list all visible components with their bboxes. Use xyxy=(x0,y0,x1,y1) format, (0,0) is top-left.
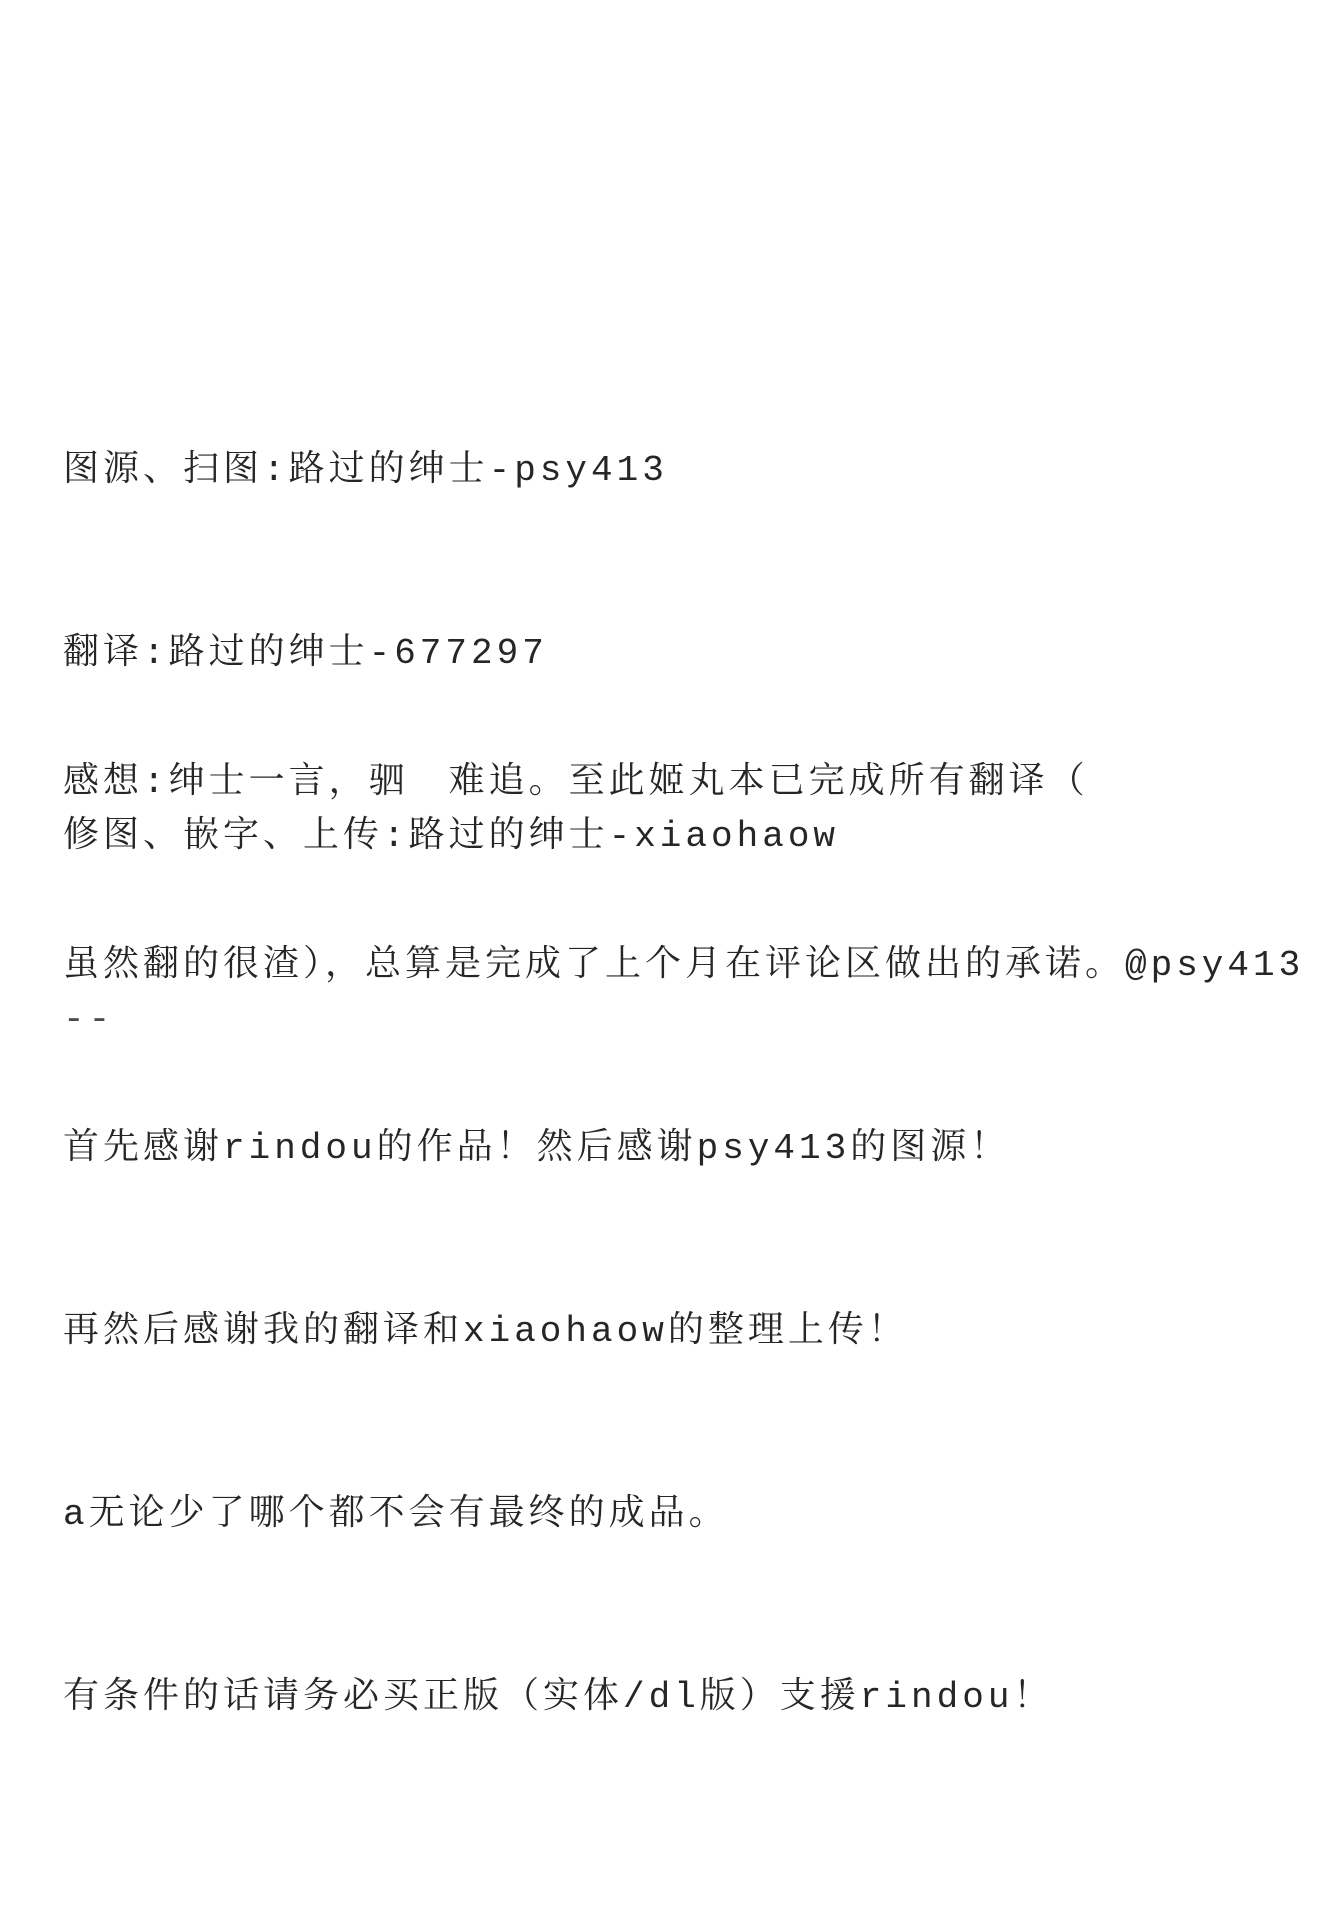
afterword-line-3: 首先感谢rindou的作品！然后感谢psy413的图源！ xyxy=(63,1118,1304,1179)
afterword-line-1: 感想:绅士一言，驷 难追。至此姬丸本已完成所有翻译（ xyxy=(63,752,1304,813)
afterword-line-6: 有条件的话请务必买正版（实体/dl版）支援rindou！ xyxy=(63,1667,1304,1728)
afterword-line-5: a无论少了哪个都不会有最终的成品。 xyxy=(63,1484,1304,1545)
afterword-line-4: 再然后感谢我的翻译和xiaohaow的整理上传！ xyxy=(63,1301,1304,1362)
afterword-block: 感想:绅士一言，驷 难追。至此姬丸本已完成所有翻译（ 虽然翻的很渣），总算是完成… xyxy=(63,630,1304,1850)
scanned-credits-page: 图源、扫图:路过的绅士-psy413 翻译:路过的绅士-677297 修图、嵌字… xyxy=(0,0,1340,1932)
credit-line-scan-source: 图源、扫图:路过的绅士-psy413 xyxy=(63,440,839,501)
afterword-line-2: 虽然翻的很渣），总算是完成了上个月在评论区做出的承诺。@psy413 xyxy=(63,935,1304,996)
